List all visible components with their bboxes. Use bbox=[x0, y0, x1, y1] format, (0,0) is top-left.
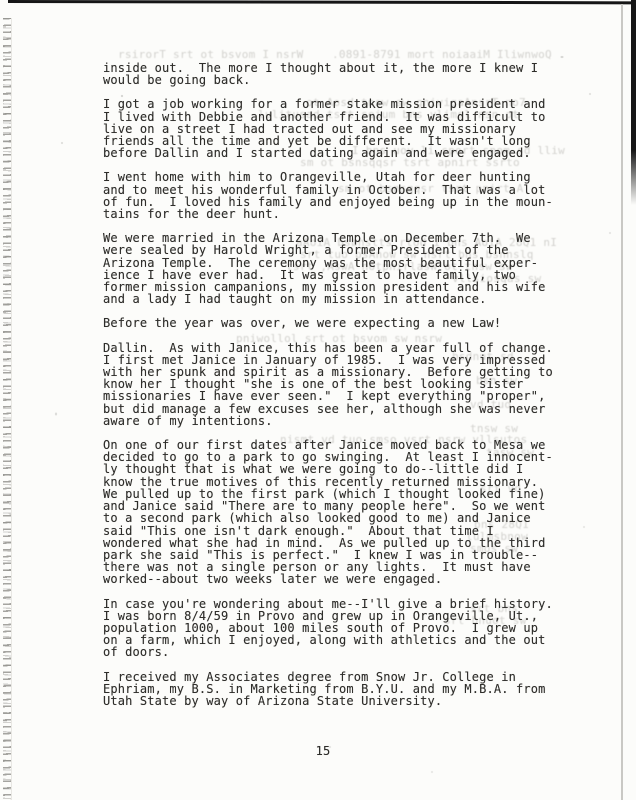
paragraph: inside out. The more I thought about it,… bbox=[103, 62, 559, 86]
typewritten-text-block: inside out. The more I thought about it,… bbox=[103, 62, 559, 719]
bleedthrough-text: rsirorT srt ot bsvom I nsrW bbox=[118, 49, 304, 60]
paragraph: I received my Associates degree from Sno… bbox=[103, 671, 559, 708]
scan-top-edge-line bbox=[8, 0, 636, 4]
paragraph: I went home with him to Orangeville, Uta… bbox=[103, 171, 559, 220]
paragraph: I got a job working for a former stake m… bbox=[103, 98, 559, 159]
paragraph: On one of our first dates after Janice m… bbox=[103, 439, 559, 585]
paragraph: In case you're wondering about me--I'll … bbox=[103, 598, 559, 659]
bleedthrough-text: .0891-8791 mort noiaaiM IliwnwoQ bbox=[332, 49, 552, 60]
page-right-edge-line bbox=[621, 4, 623, 800]
paragraph: Dallin. As with Janice, this has been a … bbox=[103, 342, 559, 427]
paragraph: We were married in the Arizona Temple on… bbox=[103, 232, 559, 305]
scanned-page: rsirorT srt ot bsvom I nsrW.0891-8791 mo… bbox=[0, 0, 636, 800]
page-number: 15 bbox=[103, 745, 543, 757]
paragraph: Before the year was over, we were expect… bbox=[103, 317, 559, 329]
scan-right-dark-band bbox=[631, 0, 636, 210]
torn-perforation-edge bbox=[3, 18, 12, 800]
